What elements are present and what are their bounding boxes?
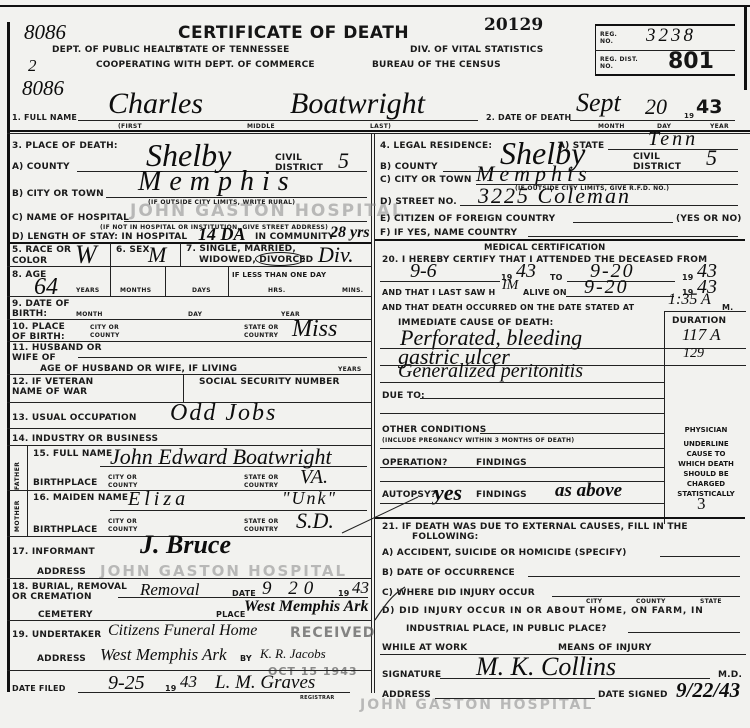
father-birth-state: VA. [300,466,328,489]
top-border [0,5,750,7]
lr-civil-district-value: 5 [706,145,717,171]
row1-divider [7,130,750,132]
mother-surname-value: "Unk" [282,488,337,509]
burial-divider [7,620,371,621]
due-to-line [420,398,665,399]
undertaker-address-value: West Memphis Ark [100,645,227,665]
mother-name-label: 16. MAIDEN NAME [33,494,133,503]
while-at-work-label: WHILE AT WORK [382,643,467,653]
days-caption: DAYS [192,287,211,294]
lr-citizen-line [573,222,673,223]
full-name-label: 1. FULL NAME [12,113,77,122]
pob-city-caption: CITY OR COUNTY [90,324,120,340]
attend-from-year: 43 [516,260,536,283]
informant-label: 17. INFORMANT [12,547,95,557]
burial-label: 18. BURIAL, REMOVAL OR CREMATION [12,582,142,602]
due-to-label: DUE TO: [382,391,425,401]
external-label-1: 21. IF DEATH WAS DUE TO EXTERNAL CAUSES,… [382,522,688,532]
occupation-label: 13. USUAL OCCUPATION [12,413,137,423]
home-label-1: D) DID INJURY OCCUR IN OR ABOUT HOME, ON… [382,606,704,616]
last-saw-him: IM [502,278,518,294]
physician-box: PHYSICIAN UNDERLINE CAUSE TO WHICH DEATH… [667,425,745,499]
date-signed-label: DATE SIGNED [598,690,668,700]
physician-box-line: CAUSE TO [667,449,745,459]
hrs-caption: HRS. [268,287,285,294]
pod-city-label: B) CITY OR TOWN [12,189,104,199]
pod-county-label: A) COUNTY [12,162,70,172]
operation-divider-2 [380,481,665,482]
last-saw-value: 9-20 [584,276,629,299]
marital-value: Div. [318,242,354,268]
bureau-name: BUREAU OF THE CENSUS [372,60,501,70]
age-div-3 [228,266,229,296]
medical-divider [375,517,745,519]
industry-label: 14. INDUSTRY OR BUSINESS [12,434,158,444]
physician-signature: M. K. Collins [476,652,616,682]
serial-number: 20129 [484,15,543,35]
cooperating-text: COOPERATING WITH DEPT. OF COMMERCE [96,60,315,70]
sex-label: 6. SEX [116,245,150,255]
other-conditions-note: (INCLUDE PREGNANCY WITHIN 3 MONTHS OF DE… [382,437,574,444]
death-time-value: 1:35 A [668,291,711,309]
spouse-age-label: AGE OF HUSBAND OR WIFE, IF LIVING [40,364,237,374]
lr-city-label: C) CITY OR TOWN [380,175,472,185]
date-filed-year: 43 [180,672,197,692]
pod-hospital-line [124,221,367,222]
mother-birth-state: S.D. [296,508,334,534]
occurred-label: AND THAT DEATH OCCURRED ON THE DATE STAT… [382,303,634,312]
spouse-label: 11. HUSBAND OR WIFE OF [12,343,102,363]
physician-address-stamp: JOHN GASTON HOSPITAL [360,697,593,713]
duration-divider [664,311,665,524]
undertaker-label: 19. UNDERTAKER [12,630,101,640]
date-of-death-line [570,120,735,121]
last-caption: LAST) [370,123,391,130]
pob-state-caption: STATE OR COUNTRY [244,324,289,340]
where-line [552,596,740,597]
date-filed-value: 9-25 [108,672,145,695]
father-side-label: FATHER [14,452,21,490]
date-filed-year-prefix: 19 [165,684,177,693]
pod-city-value: Memphis [138,166,297,198]
month-caption: MONTH [598,123,625,130]
death-year-value: 43 [696,96,722,118]
division-name: DIV. OF VITAL STATISTICS [410,45,543,55]
age-div-1 [110,266,111,296]
legal-residence-label: 4. LEGAL RESIDENCE: [380,141,492,151]
lr-state-line [608,149,738,150]
lr-street-line [460,205,738,206]
date-of-death-label: 2. DATE OF DEATH [486,113,571,122]
pod-stay-label: D) LENGTH OF STAY: IN HOSPITAL [12,232,187,242]
sex-value: M [148,242,166,268]
duration-1: 117 A [682,325,721,345]
autopsy-findings-label: FINDINGS [476,490,527,500]
home-line [628,632,740,633]
undertaker-value: Citizens Funeral Home [108,622,257,640]
undertaker-by-value: K. R. Jacobs [260,646,326,662]
reg-dist-label: REG. DIST. NO. [600,56,640,70]
reg-no-label: REG. NO. [600,31,624,45]
mother-side-label: MOTHER [14,494,21,532]
veteran-ssn-divider [183,374,184,402]
age-div-2 [165,266,166,296]
other-conditions-label: OTHER CONDITIONS [382,425,487,435]
lr-state-value: Tenn [648,128,698,151]
last-name-value: Boatwright [290,87,425,121]
year-caption: YEAR [710,123,729,130]
burial-place-label: PLACE [216,610,246,619]
where-county-caption: COUNTY [636,598,666,605]
lr-citizen-label: E) CITIZEN OF FOREIGN COUNTRY [380,214,555,224]
father-name-value: John Edward Boatwright [110,444,332,470]
external-label-2: FOLLOWING: [412,532,478,542]
pob-label: 10. PLACE OF BIRTH: [12,322,82,342]
accident-line [660,556,740,557]
reg-no-value: 3238 [646,25,696,47]
burial-date-value: 9 20 [262,578,319,600]
lr-divider [375,239,745,241]
home-label-2: INDUSTRIAL PLACE, IN PUBLIC PLACE? [406,624,607,634]
physician-address-line [435,698,595,699]
where-city-caption: CITY [586,598,602,605]
pod-hospital-stamp: JOHN GASTON HOSPITAL [130,201,405,221]
right-border-top [744,5,747,90]
months-caption: MONTHS [120,287,151,294]
attend-to-year-prefix: 19 [682,273,694,282]
pod-civil-district-value: 5 [338,148,349,174]
mins-caption: MINS. [342,287,363,294]
years-caption: YEARS [76,287,100,294]
lr-country-label: F) IF YES, NAME COUNTRY [380,228,517,238]
burial-year-prefix: 19 [338,589,350,598]
undertaker-address-label: ADDRESS [37,654,86,664]
lr-county-label: B) COUNTY [380,162,438,172]
attend-from-line [380,281,500,282]
lr-country-line [528,236,738,237]
death-day-value: 20 [645,94,667,120]
occurrence-date-label: B) DATE OF OCCURRENCE [382,568,515,578]
ssn-label: SOCIAL SECURITY NUMBER [199,377,340,387]
where-state-caption: STATE [700,598,722,605]
margin-note-3: 8086 [22,76,64,101]
place-of-death-label: 3. PLACE OF DEATH: [12,141,118,151]
physician-box-line: UNDERLINE [667,439,745,449]
veteran-label: 12. IF VETERAN NAME OF WAR [12,377,112,397]
signature-label: SIGNATURE [382,670,441,680]
physician-box-line: PHYSICIAN [667,425,745,435]
pod-hospital-label: C) NAME OF HOSPITAL [12,213,129,223]
cause-line-3 [380,382,665,383]
first-caption: (FIRST [118,123,142,130]
attend-to-label: TO [550,273,563,282]
due-to-divider [380,413,665,414]
row5-divider [7,266,371,267]
left-border [7,22,10,692]
pen-stroke [340,495,420,535]
occupation-value: Odd Jobs [170,400,277,427]
death-month-value: Sept [576,88,621,118]
mother-name-value: Eliza [128,488,189,511]
lr-citizen-options: (YES OR NO) [676,214,742,224]
informant-address-label: ADDRESS [37,567,86,577]
autopsy-divider [380,503,665,504]
dob-month-caption: MONTH [76,311,103,318]
medical-heading: MEDICAL CERTIFICATION [484,243,605,253]
undertaker-divider [7,670,371,671]
occurrence-date-line [528,576,740,577]
spouse-line [78,357,367,358]
burial-value: Removal [140,580,199,600]
registrar-signature: L. M. Graves [215,672,315,694]
reg-dist-value: 801 [668,49,714,74]
father-birthplace-label: BIRTHPLACE [33,478,97,488]
undertaker-by-label: BY [240,654,252,663]
father-name-label: 15. FULL NAME [33,450,113,459]
dept-public-health: DEPT. OF PUBLIC HEALTH [52,45,183,55]
sex-marital-divider [180,243,181,266]
pod-community-label: IN COMMUNITY [255,232,334,242]
physician-box-line: WHICH DEATH [667,459,745,469]
lr-civil-district-label: CIVIL DISTRICT [633,152,683,172]
death-year-prefix: 19 [684,112,694,120]
duration-top [664,311,746,312]
mother-state-caption: STATE OR COUNTRY [244,518,289,534]
attend-from-value: 9-6 [410,260,437,283]
informant-signature: J. Bruce [140,530,231,560]
state-name: STATE OF TENNESSEE [177,45,290,55]
pob-state-value: Miss [292,316,337,343]
date-signed-value: 9/22/43 [676,678,740,703]
page-title: CERTIFICATE OF DEATH [178,23,409,43]
less-than-day-label: IF LESS THAN ONE DAY [232,271,326,279]
physician-box-line: CHARGED [667,479,745,489]
autopsy-findings-value: as above [555,480,622,502]
cemetery-label: CEMETERY [38,610,93,620]
row11-divider [7,374,371,375]
burial-date-label: DATE [232,589,256,598]
operation-divider [380,467,665,468]
physician-box-line: SHOULD BE [667,469,745,479]
row10-divider [7,341,371,342]
last-saw-label-1: AND THAT I LAST SAW H [382,288,495,297]
race-label: 5. RACE OR COLOR [12,245,82,267]
registrar-label: REGISTRAR [300,695,335,701]
margin-note-2: 2 [28,56,37,76]
first-name-value: Charles [108,87,203,121]
mother-birthplace-label: BIRTHPLACE [33,525,97,535]
reg-box-divider [595,50,735,51]
received-stamp: RECEIVED [290,625,375,641]
row1-divider-thin [7,133,750,134]
margin-note-1: 8086 [24,20,66,45]
last-saw-label-2: ALIVE ON [523,288,567,297]
pen-stroke-2 [370,585,410,625]
burial-year-value: 43 [352,578,369,598]
other-conditions-divider [380,448,665,449]
death-certificate: 8086 2 8086 CERTIFICATE OF DEATH 20129 D… [0,0,750,728]
statistical-cause-value: 3 [697,494,706,514]
dob-label: 9. DATE OF BIRTH: [12,299,72,319]
middle-caption: MIDDLE [247,123,275,130]
physician-box-line: STATISTICALLY [667,489,745,499]
duration-2: 129 [683,346,704,362]
race-sex-divider [110,243,111,266]
other-conditions-line [480,433,665,434]
date-filed-label: DATE FILED [12,684,66,693]
divorced-circle [255,252,305,266]
lr-street-label: D) STREET NO. [380,197,457,207]
row13-divider [7,428,371,429]
burial-place-value: West Memphis Ark [244,598,368,616]
dob-day-caption: DAY [188,311,202,318]
spouse-years-caption: YEARS [338,366,362,373]
cause-3: Generalized peritonitis [398,360,583,383]
mother-city-caption: CITY OR COUNTY [108,518,138,534]
row8-divider [7,296,371,297]
accident-label: A) ACCIDENT, SUICIDE OR HOMICIDE (SPECIF… [382,548,627,558]
pod-stay-community-value: 28 yrs [330,224,370,242]
